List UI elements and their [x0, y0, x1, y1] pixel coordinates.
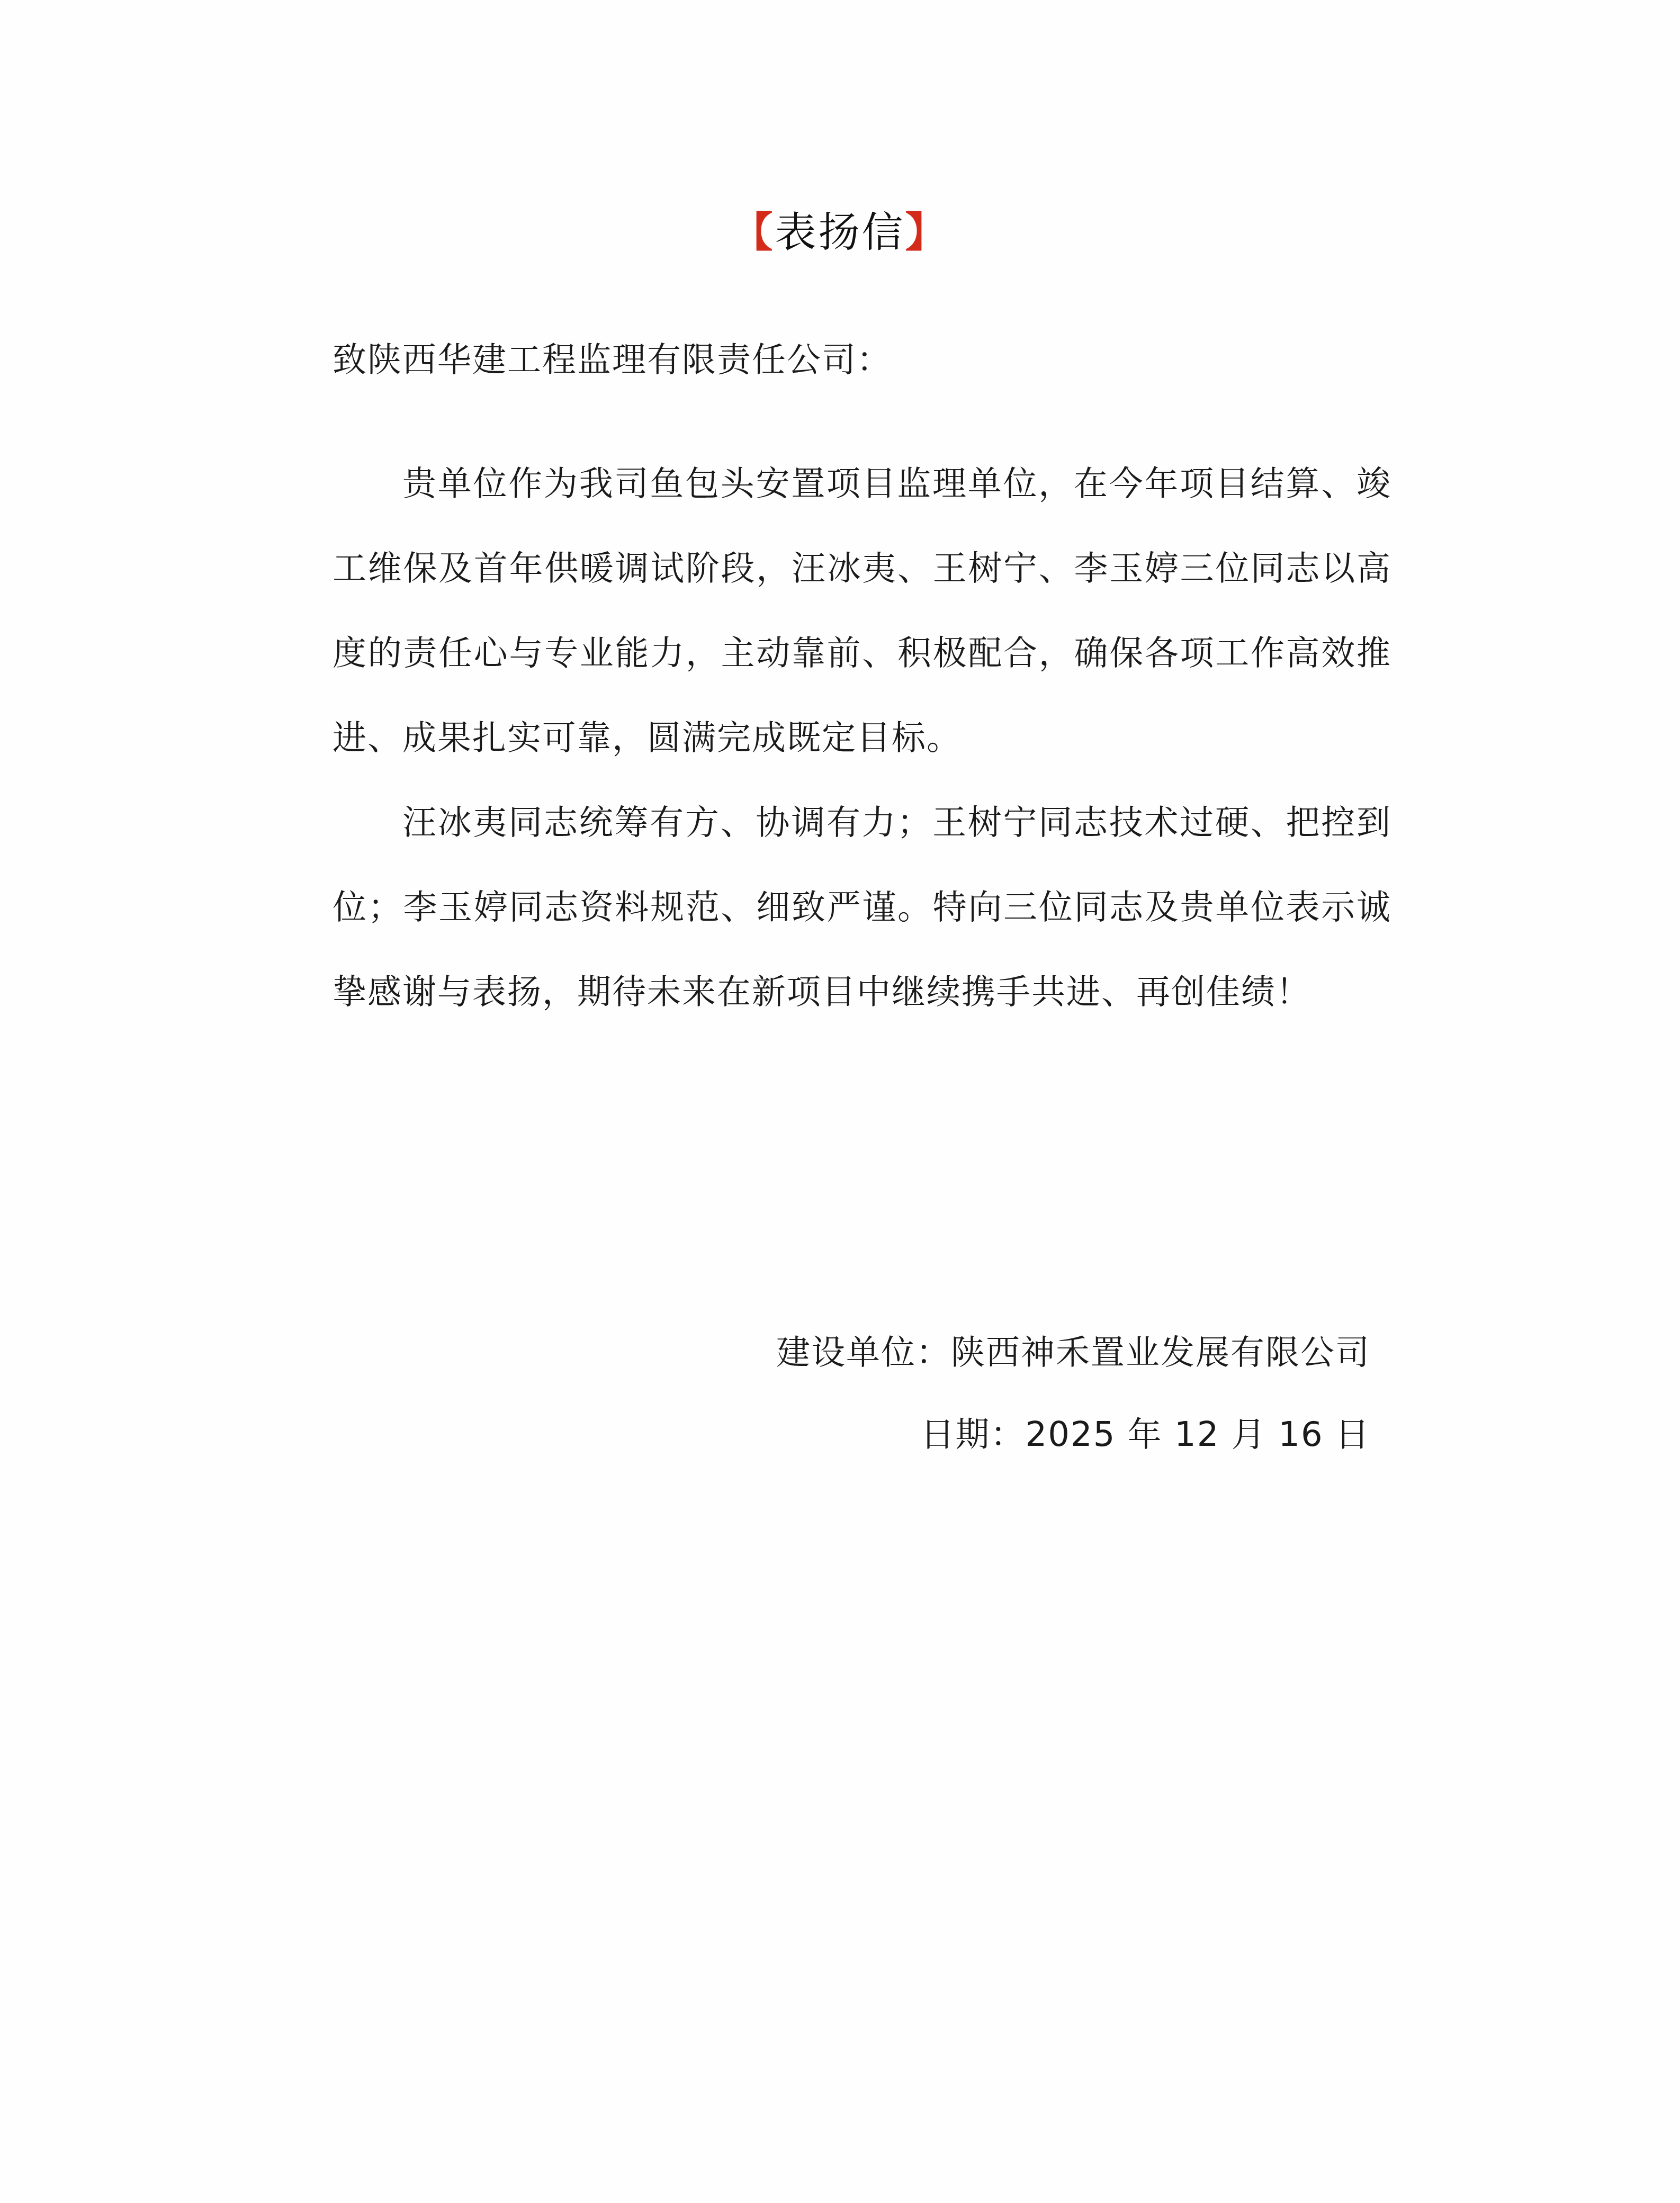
title-open-bracket: 【	[731, 209, 775, 257]
title-text: 表扬信	[775, 209, 905, 257]
signature-organization: 建设单位：陕西神禾置业发展有限公司	[776, 1326, 1370, 1379]
letter-title: 【表扬信】	[0, 204, 1680, 262]
body-paragraph-1: 贵单位作为我司鱼包头安置项目监理单位，在今年项目结算、竣工维保及首年供暖调试阶段…	[333, 442, 1391, 780]
body-paragraph-2: 汪冰夷同志统筹有方、协调有力；王树宁同志技术过硬、把控到位；李玉婷同志资料规范、…	[333, 780, 1391, 1035]
salutation: 致陕西华建工程监理有限责任公司：	[333, 334, 892, 386]
signature-date: 日期：2025 年 12 月 16 日	[921, 1408, 1370, 1461]
letter-page: 【表扬信】 致陕西华建工程监理有限责任公司： 贵单位作为我司鱼包头安置项目监理单…	[0, 0, 1680, 2203]
title-close-bracket: 】	[905, 209, 949, 257]
